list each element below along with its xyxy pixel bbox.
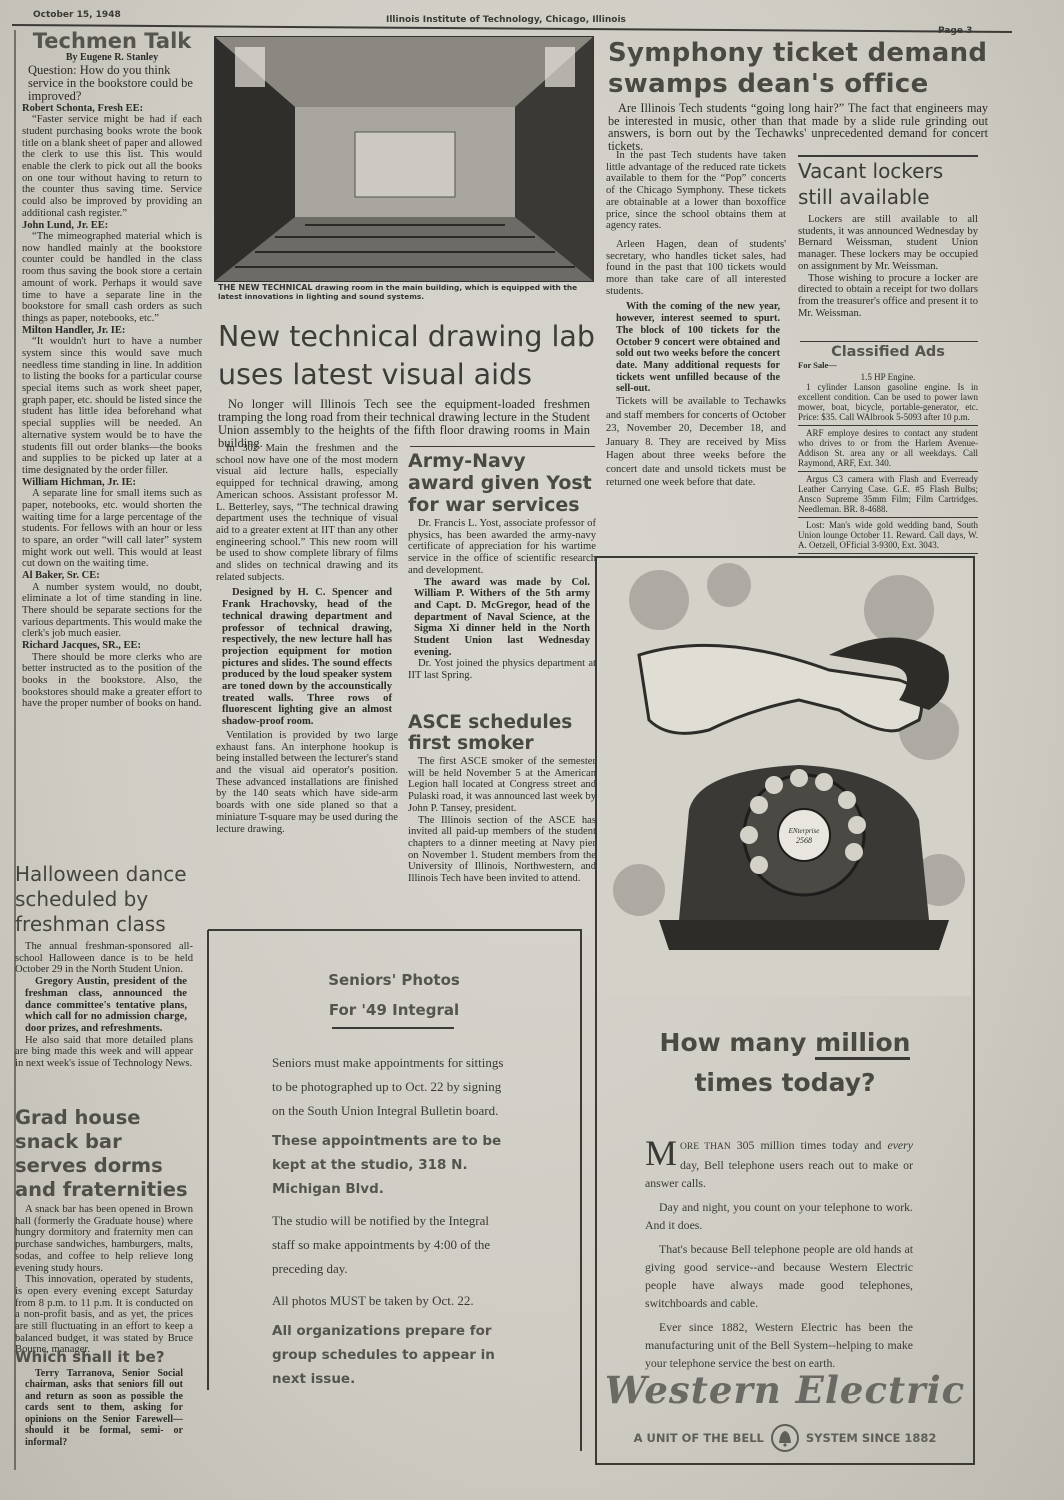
svg-text:2568: 2568 — [796, 836, 812, 845]
grad-house-article: Grad house snack bar serves dorms and fr… — [15, 1106, 193, 1356]
we-headline-underlined: million — [815, 1028, 910, 1060]
we-body: MORE THAN 305 million times today and ev… — [645, 1136, 913, 1378]
lockers-p2: Those wishing to procure a locker are di… — [798, 273, 978, 320]
asce-p1: The first ASCE smoker of the semester wi… — [408, 756, 596, 815]
grad-house-p2: This innovation, operated by students, i… — [15, 1274, 193, 1356]
section-rule — [410, 446, 595, 447]
issue-date: October 15, 1948 — [33, 10, 121, 20]
halloween-p2: Gregory Austin, president of the freshma… — [25, 976, 187, 1035]
classified-ads: Classified Ads For Sale— 1.5 HP Engine. … — [798, 345, 978, 554]
response-text: There should be more clerks who are bett… — [22, 652, 202, 711]
army-navy-p2: The award was made by Col. William P. Wi… — [414, 577, 590, 659]
respondent-name: John Lund, Jr. EE: — [22, 220, 202, 232]
asce-headline: ASCE schedules first smoker — [408, 712, 596, 754]
symphony-article: Symphony ticket demand swamps dean's off… — [608, 38, 988, 152]
we-p1-italic: every — [887, 1138, 913, 1152]
classified-ad-text: Lost: Man's wide gold wedding band, Sout… — [798, 520, 978, 550]
classified-ad: Argus C3 camera with Flash and Everready… — [798, 472, 978, 518]
lockers-article: Vacant lockers still available Lockers a… — [798, 158, 978, 319]
seniors-ad-p1: Seniors must make appointments for sitti… — [272, 1051, 512, 1123]
western-electric-ad: ENterprise 2568 How many million times t… — [595, 556, 975, 1465]
army-navy-headline: Army-Navy award given Yost for war servi… — [408, 450, 596, 516]
which-shall-p1: Terry Tarranova, Senior Social chairman,… — [25, 1368, 183, 1449]
section-rule — [798, 155, 978, 157]
drawing-lab-body: In 302 Main the freshmen and the school … — [216, 443, 398, 835]
symphony-lede: Are Illinois Tech students “going long h… — [608, 102, 988, 152]
byline: By Eugene R. Stanley — [22, 52, 202, 64]
respondent-name: Milton Handler, Jr. IE: — [22, 325, 202, 337]
bell-system-logo-icon — [770, 1423, 800, 1453]
army-navy-article: Army-Navy award given Yost for war servi… — [408, 450, 596, 682]
symphony-p1: In the past Tech students have taken lit… — [606, 150, 786, 232]
response-text: “The mimeographed material which is now … — [22, 231, 202, 325]
publication-name: Illinois Institute of Technology, Chicag… — [386, 15, 626, 25]
response-text: “It wouldn't hurt to have a number syste… — [22, 336, 202, 476]
grad-house-p1: A snack bar has been opened in Brown hal… — [15, 1204, 193, 1274]
drawing-room-image — [215, 37, 593, 281]
which-shall-headline: Which shall it be? — [15, 1350, 193, 1366]
we-p1-text: 305 million times today and — [731, 1138, 888, 1152]
classified-ad: Lost: Man's wide gold wedding band, Sout… — [798, 518, 978, 554]
we-p3: That's because Bell telephone people are… — [645, 1240, 913, 1312]
western-electric-logo: Western Electric — [597, 1368, 973, 1412]
we-smallcaps: ORE THAN — [680, 1142, 731, 1152]
we-p2: Day and night, you count on your telepho… — [645, 1198, 913, 1234]
we-dropcap: M — [645, 1138, 677, 1168]
we-headline-2: times today? — [597, 1063, 973, 1103]
halloween-headline: Halloween dance scheduled by freshman cl… — [15, 862, 193, 937]
symphony-p2: Arleen Hagen, dean of students' secretar… — [606, 239, 786, 298]
asce-article: ASCE schedules first smoker The first AS… — [408, 712, 596, 885]
classified-title: Classified Ads — [798, 345, 978, 360]
army-navy-p1: Dr. Francis L. Yost, associate professor… — [408, 518, 596, 577]
symphony-headline: Symphony ticket demand swamps dean's off… — [608, 38, 988, 100]
classified-ad: 1.5 HP Engine. 1 cylinder Lanson gasolin… — [798, 370, 978, 426]
classified-ad-heading: 1.5 HP Engine. — [798, 372, 978, 382]
techmen-talk-title: Techmen Talk — [22, 30, 202, 52]
halloween-p3: He also said that more detailed plans ar… — [15, 1035, 193, 1070]
respondent-name: Robert Schonta, Fresh EE: — [22, 103, 202, 115]
respondent-name: Richard Jacques, SR., EE: — [22, 640, 202, 652]
drawing-lab-p2: Designed by H. C. Spencer and Frank Hrac… — [222, 587, 392, 727]
for-sale-label: For Sale— — [798, 360, 978, 370]
we-tagline-right: SYSTEM SINCE 1882 — [806, 1431, 937, 1445]
lockers-headline: Vacant lockers still available — [798, 158, 978, 210]
seniors-ad-title-1: Seniors' Photos — [208, 965, 580, 995]
question: Question: How do you think service in th… — [22, 64, 202, 103]
classified-ad-text: ARF employe desires to contact any stude… — [798, 428, 978, 468]
classified-ad-text: 1 cylinder Lanson gasoline engine. Is in… — [798, 382, 978, 422]
we-tagline-left: A UNIT OF THE BELL — [634, 1431, 764, 1445]
seniors-ad-title-2: For '49 Integral — [208, 995, 580, 1025]
seniors-ad-rule — [332, 1027, 454, 1029]
telephone-illustration: ENterprise 2568 — [599, 560, 971, 996]
grad-house-headline: Grad house snack bar serves dorms and fr… — [15, 1106, 193, 1202]
response-text: “Faster service might be had if each stu… — [22, 114, 202, 219]
response-text: A separate line for small items such as … — [22, 488, 202, 570]
drawing-lab-article: New technical drawing lab uses latest vi… — [218, 318, 596, 450]
seniors-ad-p5: All organizations prepare for group sche… — [272, 1319, 512, 1391]
lockers-p1: Lockers are still available to all stude… — [798, 214, 978, 273]
seniors-ad-p3: The studio will be notified by the Integ… — [272, 1209, 512, 1281]
seniors-ad-p4: All photos MUST be taken by Oct. 22. — [272, 1289, 512, 1313]
drawing-lab-headline: New technical drawing lab uses latest vi… — [218, 318, 596, 394]
army-navy-p3: Dr. Yost joined the physics department a… — [408, 658, 596, 681]
asce-p2: The Illinois section of the ASCE has inv… — [408, 815, 596, 885]
respondent-name: Al Baker, Sr. CE: — [22, 570, 202, 582]
we-headline: How many million times today? — [597, 1023, 973, 1103]
halloween-article: Halloween dance scheduled by freshman cl… — [15, 862, 193, 1070]
classified-ad: ARF employe desires to contact any stude… — [798, 426, 978, 472]
seniors-ad-p2: These appointments are to be kept at the… — [272, 1129, 512, 1201]
halloween-p1: The annual freshman-sponsored all-school… — [15, 941, 193, 976]
caption-lead: THE NEW TECHNICAL — [218, 283, 313, 292]
symphony-body: In the past Tech students have taken lit… — [606, 150, 786, 490]
seniors-photos-ad: Seniors' Photos For '49 Integral Seniors… — [208, 929, 582, 1451]
we-p4: Ever since 1882, Western Electric has be… — [645, 1318, 913, 1372]
drawing-room-photo — [214, 36, 594, 282]
drawing-lab-p1: In 302 Main the freshmen and the school … — [216, 443, 398, 583]
photo-caption: THE NEW TECHNICAL drawing room in the ma… — [218, 283, 596, 301]
svg-text:ENterprise: ENterprise — [788, 827, 820, 835]
techmen-talk-article: Techmen Talk By Eugene R. Stanley Questi… — [22, 30, 202, 710]
we-p1-end: day, Bell telephone users reach out to m… — [645, 1158, 913, 1190]
classified-ad-text: Argus C3 camera with Flash and Everready… — [798, 474, 978, 514]
section-rule — [800, 341, 978, 342]
newspaper-page: October 15, 1948 Illinois Institute of T… — [0, 0, 1064, 1500]
symphony-p4: Tickets will be available to Techawks an… — [606, 395, 786, 490]
we-tagline: A UNIT OF THE BELL SYSTEM SINCE 1882 — [607, 1423, 963, 1453]
symphony-p3: With the coming of the new year, however… — [616, 301, 780, 395]
respondent-name: William Hichman, Jr. IE: — [22, 477, 202, 489]
response-text: A number system would, no doubt, elimina… — [22, 582, 202, 641]
drawing-lab-p3: Ventilation is provided by two large exh… — [216, 730, 398, 835]
we-headline-1: How many — [660, 1028, 807, 1057]
which-shall-article: Which shall it be? Terry Tarranova, Seni… — [15, 1350, 193, 1448]
